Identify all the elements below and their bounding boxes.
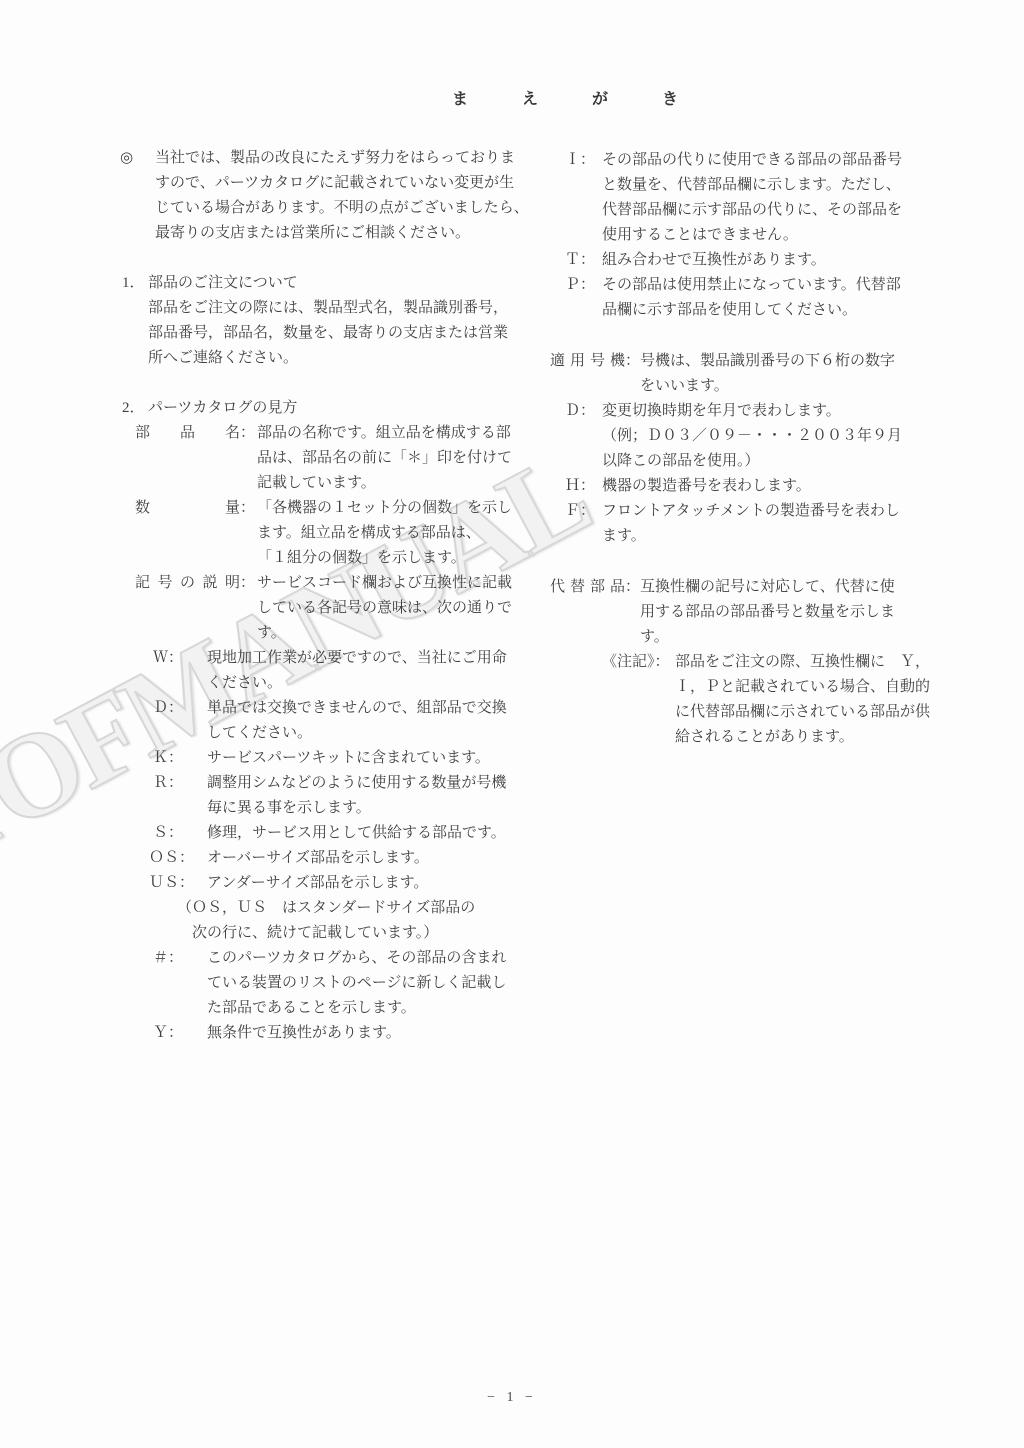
symbol-code: Ｒ：: [153, 771, 207, 796]
term-label-chars: 適 用 号 機: [550, 349, 625, 374]
term-label: 代 替 部 品：: [550, 575, 640, 600]
text-lines: 部品をご注文の際、互換性欄に Ｙ，Ｉ，Ｐと記載されている場合、自動的に代替部品欄…: [675, 650, 980, 750]
text-line: に代替部品欄に示されている部品が供: [675, 700, 980, 725]
text-line: をいいます。: [640, 374, 980, 399]
text-line: すので、パーツカタログに記載されていない変更が生: [155, 171, 540, 196]
term-label: 適 用 号 機：: [550, 349, 640, 374]
text-line: ている装置のリストのページに新しく記載し: [207, 971, 540, 996]
body-paragraph: 部品をご注文の際には、製品型式名，製品識別番号，部品番号，部品名，数量を、最寄り…: [110, 296, 540, 371]
numbered-heading: 2．パーツカタログの見方: [110, 396, 540, 421]
text-lines: その部品は使用禁止になっています。代替部品欄に示す部品を使用してください。: [602, 273, 980, 323]
text-line: 以降この部品を使用。）: [602, 449, 980, 474]
symbol-code: Ｄ：: [565, 399, 602, 424]
term-definition: 数 量：「各機器の１セット分の個数」を示します。組立品を構成する部品は、「１組分…: [110, 496, 540, 571]
text-line: 部品をご注文の際、互換性欄に Ｙ，: [675, 650, 980, 675]
text-lines: （ＯＳ，ＵＳ はスタンダードサイズ部品の次の行に、続けて記載しています。）: [192, 896, 540, 946]
text-lines: フロントアタッチメントの製造番号を表わします。: [602, 499, 980, 549]
text-line: 当社では、製品の改良にたえず努力をはらっておりま: [155, 146, 540, 171]
symbol-definition: Ｆ：フロントアタッチメントの製造番号を表わします。: [550, 499, 980, 549]
text-line: 代替部品欄に示す部品の代りに、その部品を: [602, 198, 980, 223]
text-lines: サービスパーツキットに含まれています。: [207, 746, 540, 771]
text-line: 機器の製造番号を表わします。: [602, 474, 980, 499]
term-label: 数 量：: [135, 496, 257, 521]
symbol-definition: Ｋ：サービスパーツキットに含まれています。: [110, 746, 540, 771]
numbered-heading: 1．部品のご注文について: [110, 271, 540, 296]
symbol-code: Ｗ：: [153, 646, 207, 671]
text-line: ます。組立品を構成する部品は、: [257, 521, 540, 546]
heading-text: 部品のご注文について: [148, 271, 298, 296]
text-lines: 「各機器の１セット分の個数」を示します。組立品を構成する部品は、「１組分の個数」…: [257, 496, 540, 571]
text-line: 最寄りの支店または営業所にご相談ください。: [155, 221, 540, 246]
term-definition: 部 品 名：部品の名称です。組立品を構成する部品は、部品名の前に「＊」印を付けて…: [110, 421, 540, 496]
symbol-definition: Ｙ：無条件で互換性があります。: [110, 1021, 540, 1046]
text-lines: 現地加工作業が必要ですので、当社にご用命ください。: [207, 646, 540, 696]
symbol-definition: Ｔ：組み合わせで互換性があります。: [550, 248, 980, 273]
heading-number: 1．: [122, 271, 148, 296]
text-lines: 組み合わせで互換性があります。: [602, 248, 980, 273]
paren-note: （ＯＳ，ＵＳ はスタンダードサイズ部品の次の行に、続けて記載しています。）: [110, 896, 540, 946]
text-line: 「１組分の個数」を示します。: [257, 546, 540, 571]
page-title: まえがき: [452, 86, 732, 109]
symbol-code: Ｐ：: [565, 273, 602, 298]
right-column: Ｉ：その部品の代りに使用できる部品の部品番号と数量を、代替部品欄に示します。ただ…: [550, 148, 980, 750]
text-line: （例；Ｄ０３／０９－・・・２００３年９月: [602, 424, 980, 449]
note-definition: 《注記》：部品をご注文の際、互換性欄に Ｙ，Ｉ，Ｐと記載されている場合、自動的に…: [550, 650, 980, 750]
text-line: 記載しています。: [257, 471, 540, 496]
text-line: このパーツカタログから、その部品の含まれ: [207, 946, 540, 971]
text-lines: 機器の製造番号を表わします。: [602, 474, 980, 499]
symbol-code: Ｉ：: [565, 148, 602, 173]
term-label-chars: 記 号 の 説 明: [135, 571, 240, 596]
text-line: 現地加工作業が必要ですので、当社にご用命: [207, 646, 540, 671]
symbol-code: ＯＳ：: [149, 846, 207, 871]
symbol-definition: Ｗ：現地加工作業が必要ですので、当社にご用命ください。: [110, 646, 540, 696]
text-lines: 調整用シムなどのように使用する数量が号機毎に異る事を示します。: [207, 771, 540, 821]
text-line: 所へご連絡ください。: [148, 346, 540, 371]
heading-text: パーツカタログの見方: [148, 396, 297, 421]
text-line: 号機は、製品識別番号の下６桁の数字: [640, 349, 980, 374]
text-lines: オーバーサイズ部品を示します。: [207, 846, 540, 871]
text-line: オーバーサイズ部品を示します。: [207, 846, 540, 871]
text-lines: 当社では、製品の改良にたえず努力をはらっておりますので、パーツカタログに記載され…: [155, 146, 540, 246]
symbol-code: Ｈ：: [565, 474, 602, 499]
term-label: 部 品 名：: [135, 421, 257, 446]
text-line: 部品をご注文の際には、製品型式名，製品識別番号，: [148, 296, 540, 321]
text-line: ます。: [602, 524, 980, 549]
document-page: { "page": { "title": "まえがき", "footer_pag…: [0, 0, 1024, 1448]
symbol-code: Ｄ：: [153, 696, 207, 721]
text-line: アンダーサイズ部品を示します。: [207, 871, 540, 896]
text-line: している各記号の意味は、次の通りで: [257, 596, 540, 621]
text-line: 給されることがあります。: [675, 725, 980, 750]
heading-number: 2．: [122, 396, 148, 421]
text-line: （ＯＳ，ＵＳ はスタンダードサイズ部品の: [177, 896, 540, 921]
text-line: 用する部品の部品番号と数量を示しま: [640, 600, 980, 625]
term-definition: 記 号 の 説 明：サービスコード欄および互換性に記載している各記号の意味は、次…: [110, 571, 540, 646]
symbol-code: ＃：: [153, 946, 207, 971]
text-line: ください。: [207, 671, 540, 696]
symbol-code: Ｆ：: [565, 499, 602, 524]
bullet-marker: ◎: [120, 146, 155, 171]
symbol-definition: ＃：このパーツカタログから、その部品の含まれている装置のリストのページに新しく記…: [110, 946, 540, 1021]
text-line: 「各機器の１セット分の個数」を示し: [257, 496, 540, 521]
text-lines: 互換性欄の記号に対応して、代替に使用する部品の部品番号と数量を示します。: [640, 575, 980, 650]
text-lines: このパーツカタログから、その部品の含まれている装置のリストのページに新しく記載し…: [207, 946, 540, 1021]
text-lines: 部品をご注文の際には、製品型式名，製品識別番号，部品番号，部品名，数量を、最寄り…: [148, 296, 540, 371]
text-line: フロントアタッチメントの製造番号を表わし: [602, 499, 980, 524]
symbol-definition: Ｓ：修理，サービス用として供給する部品です。: [110, 821, 540, 846]
text-line: 組み合わせで互換性があります。: [602, 248, 980, 273]
text-lines: 部品の名称です。組立品を構成する部品は、部品名の前に「＊」印を付けて記載していま…: [257, 421, 540, 496]
text-lines: 単品では交換できませんので、組部品で交換してください。: [207, 696, 540, 746]
symbol-definition: Ｉ：その部品の代りに使用できる部品の部品番号と数量を、代替部品欄に示します。ただ…: [550, 148, 980, 248]
text-line: 品欄に示す部品を使用してください。: [602, 298, 980, 323]
text-line: す。: [640, 625, 980, 650]
symbol-definition: Ｐ：その部品は使用禁止になっています。代替部品欄に示す部品を使用してください。: [550, 273, 980, 323]
text-line: 次の行に、続けて記載しています。）: [192, 921, 540, 946]
symbol-definition: Ｄ：単品では交換できませんので、組部品で交換してください。: [110, 696, 540, 746]
text-lines: 無条件で互換性があります。: [207, 1021, 540, 1046]
note-label: 《注記》：: [602, 650, 675, 675]
text-line: 部品番号，部品名，数量を、最寄りの支店または営業: [148, 321, 540, 346]
page-number: − 1 −: [0, 1390, 1024, 1406]
text-lines: 変更切換時期を年月で表わします。（例；Ｄ０３／０９－・・・２００３年９月以降この…: [602, 399, 980, 474]
text-lines: 号機は、製品識別番号の下６桁の数字をいいます。: [640, 349, 980, 399]
text-lines: サービスコード欄および互換性に記載している各記号の意味は、次の通りです。: [257, 571, 540, 646]
text-line: Ｉ，Ｐと記載されている場合、自動的: [675, 675, 980, 700]
text-lines: アンダーサイズ部品を示します。: [207, 871, 540, 896]
text-line: じている場合があります。不明の点がございましたら、: [155, 196, 540, 221]
text-line: 品は、部品名の前に「＊」印を付けて: [257, 446, 540, 471]
text-line: その部品の代りに使用できる部品の部品番号: [602, 148, 980, 173]
symbol-code: Ｓ：: [153, 821, 207, 846]
text-lines: その部品の代りに使用できる部品の部品番号と数量を、代替部品欄に示します。ただし、…: [602, 148, 980, 248]
text-line: 調整用シムなどのように使用する数量が号機: [207, 771, 540, 796]
text-line: してください。: [207, 721, 540, 746]
symbol-definition: ＯＳ：オーバーサイズ部品を示します。: [110, 846, 540, 871]
text-line: た部品であることを示します。: [207, 996, 540, 1021]
symbol-code: Ｔ：: [565, 248, 602, 273]
text-line: その部品は使用禁止になっています。代替部: [602, 273, 980, 298]
text-line: 部品の名称です。組立品を構成する部: [257, 421, 540, 446]
intro-paragraph: ◎当社では、製品の改良にたえず努力をはらっておりますので、パーツカタログに記載さ…: [110, 146, 540, 246]
term-label-chars: 代 替 部 品: [550, 575, 625, 600]
text-line: 単品では交換できませんので、組部品で交換: [207, 696, 540, 721]
text-line: サービスコード欄および互換性に記載: [257, 571, 540, 596]
symbol-definition: Ｒ：調整用シムなどのように使用する数量が号機毎に異る事を示します。: [110, 771, 540, 821]
text-line: 修理，サービス用として供給する部品です。: [207, 821, 540, 846]
term-definition: 代 替 部 品：互換性欄の記号に対応して、代替に使用する部品の部品番号と数量を示…: [550, 575, 980, 650]
term-label: 記 号 の 説 明：: [135, 571, 257, 596]
text-line: と数量を、代替部品欄に示します。ただし、: [602, 173, 980, 198]
text-lines: 修理，サービス用として供給する部品です。: [207, 821, 540, 846]
term-label-chars: 部 品 名: [135, 421, 240, 446]
text-line: サービスパーツキットに含まれています。: [207, 746, 540, 771]
symbol-definition: Ｈ：機器の製造番号を表わします。: [550, 474, 980, 499]
left-column: ◎当社では、製品の改良にたえず努力をはらっておりますので、パーツカタログに記載さ…: [110, 146, 540, 1046]
term-label-chars: 数 量: [135, 496, 240, 521]
text-line: 無条件で互換性があります。: [207, 1021, 540, 1046]
term-definition: 適 用 号 機：号機は、製品識別番号の下６桁の数字をいいます。: [550, 349, 980, 399]
symbol-code: Ｋ：: [153, 746, 207, 771]
symbol-code: Ｙ：: [153, 1021, 207, 1046]
text-line: 変更切換時期を年月で表わします。: [602, 399, 980, 424]
text-line: す。: [257, 621, 540, 646]
text-line: 使用することはできません。: [602, 223, 980, 248]
symbol-definition: Ｄ：変更切換時期を年月で表わします。（例；Ｄ０３／０９－・・・２００３年９月以降…: [550, 399, 980, 474]
text-line: 互換性欄の記号に対応して、代替に使: [640, 575, 980, 600]
symbol-definition: ＵＳ：アンダーサイズ部品を示します。: [110, 871, 540, 896]
text-line: 毎に異る事を示します。: [207, 796, 540, 821]
symbol-code: ＵＳ：: [149, 871, 207, 896]
